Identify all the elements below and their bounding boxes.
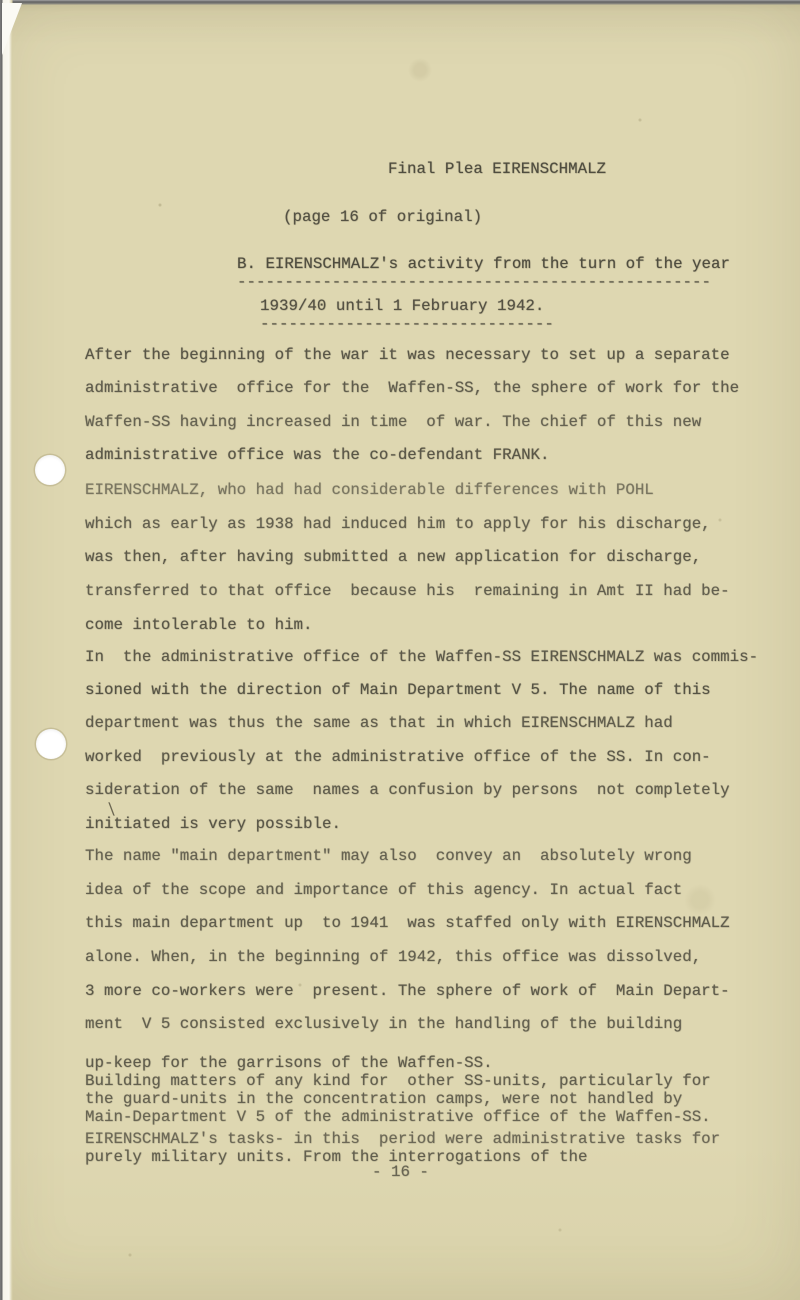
text-line: which as early as 1938 had induced him t… [85, 516, 711, 533]
text-line: idea of the scope and importance of this… [85, 882, 682, 899]
text-line: After the beginning of the war it was ne… [85, 347, 730, 364]
text-line: The name "main department" may also conv… [85, 848, 692, 865]
section-heading: 1939/40 until 1 February 1942. [260, 298, 544, 315]
text-line: alone. When, in the beginning of 1942, t… [85, 949, 701, 966]
text-line: worked previously at the administrative … [85, 749, 711, 766]
text-line: sideration of the same names a confusion… [85, 782, 730, 799]
text-line: up-keep for the garrisons of the Waffen-… [85, 1055, 493, 1072]
text-line: Waffen-SS having increased in time of wa… [85, 414, 701, 431]
page-number: - 16 - [372, 1164, 429, 1181]
text-line: EIRENSCHMALZ's tasks- in this period wer… [85, 1131, 720, 1148]
text-line: Main-Department V 5 of the administrativ… [85, 1109, 711, 1126]
paper-content: Final Plea EIRENSCHMALZ(page 16 of origi… [0, 0, 800, 1300]
text-line: this main department up to 1941 was staf… [85, 915, 730, 932]
document-title: Final Plea EIRENSCHMALZ [388, 161, 606, 178]
text-line: was then, after having submitted a new a… [85, 549, 701, 566]
text-line: In the administrative office of the Waff… [85, 649, 758, 666]
text-line: transferred to that office because his r… [85, 583, 730, 600]
heading-underline: ------------------------------- [260, 316, 554, 333]
text-line: ment V 5 consisted exclusively in the ha… [85, 1016, 682, 1033]
heading-underline: ----------------------------------------… [237, 274, 711, 291]
scanned-document-page: Final Plea EIRENSCHMALZ(page 16 of origi… [0, 0, 800, 1300]
section-heading: B. EIRENSCHMALZ's activity from the turn… [237, 256, 730, 273]
text-line: administrative office was the co-defenda… [85, 447, 550, 464]
text-line: department was thus the same as that in … [85, 715, 673, 732]
text-line: purely military units. From the interrog… [85, 1149, 587, 1166]
text-line: Building matters of any kind for other S… [85, 1073, 711, 1090]
text-line: EIRENSCHMALZ, who had had considerable d… [85, 482, 654, 499]
text-line: sioned with the direction of Main Depart… [85, 682, 711, 699]
text-line: the guard-units in the concentration cam… [85, 1091, 682, 1108]
page-reference: (page 16 of original) [283, 209, 482, 226]
text-line: come intolerable to him. [85, 617, 313, 634]
text-line: administrative office for the Waffen-SS,… [85, 380, 739, 397]
text-line: initiated is very possible. [85, 816, 341, 833]
text-line: 3 more co-workers were present. The sphe… [85, 983, 730, 1000]
